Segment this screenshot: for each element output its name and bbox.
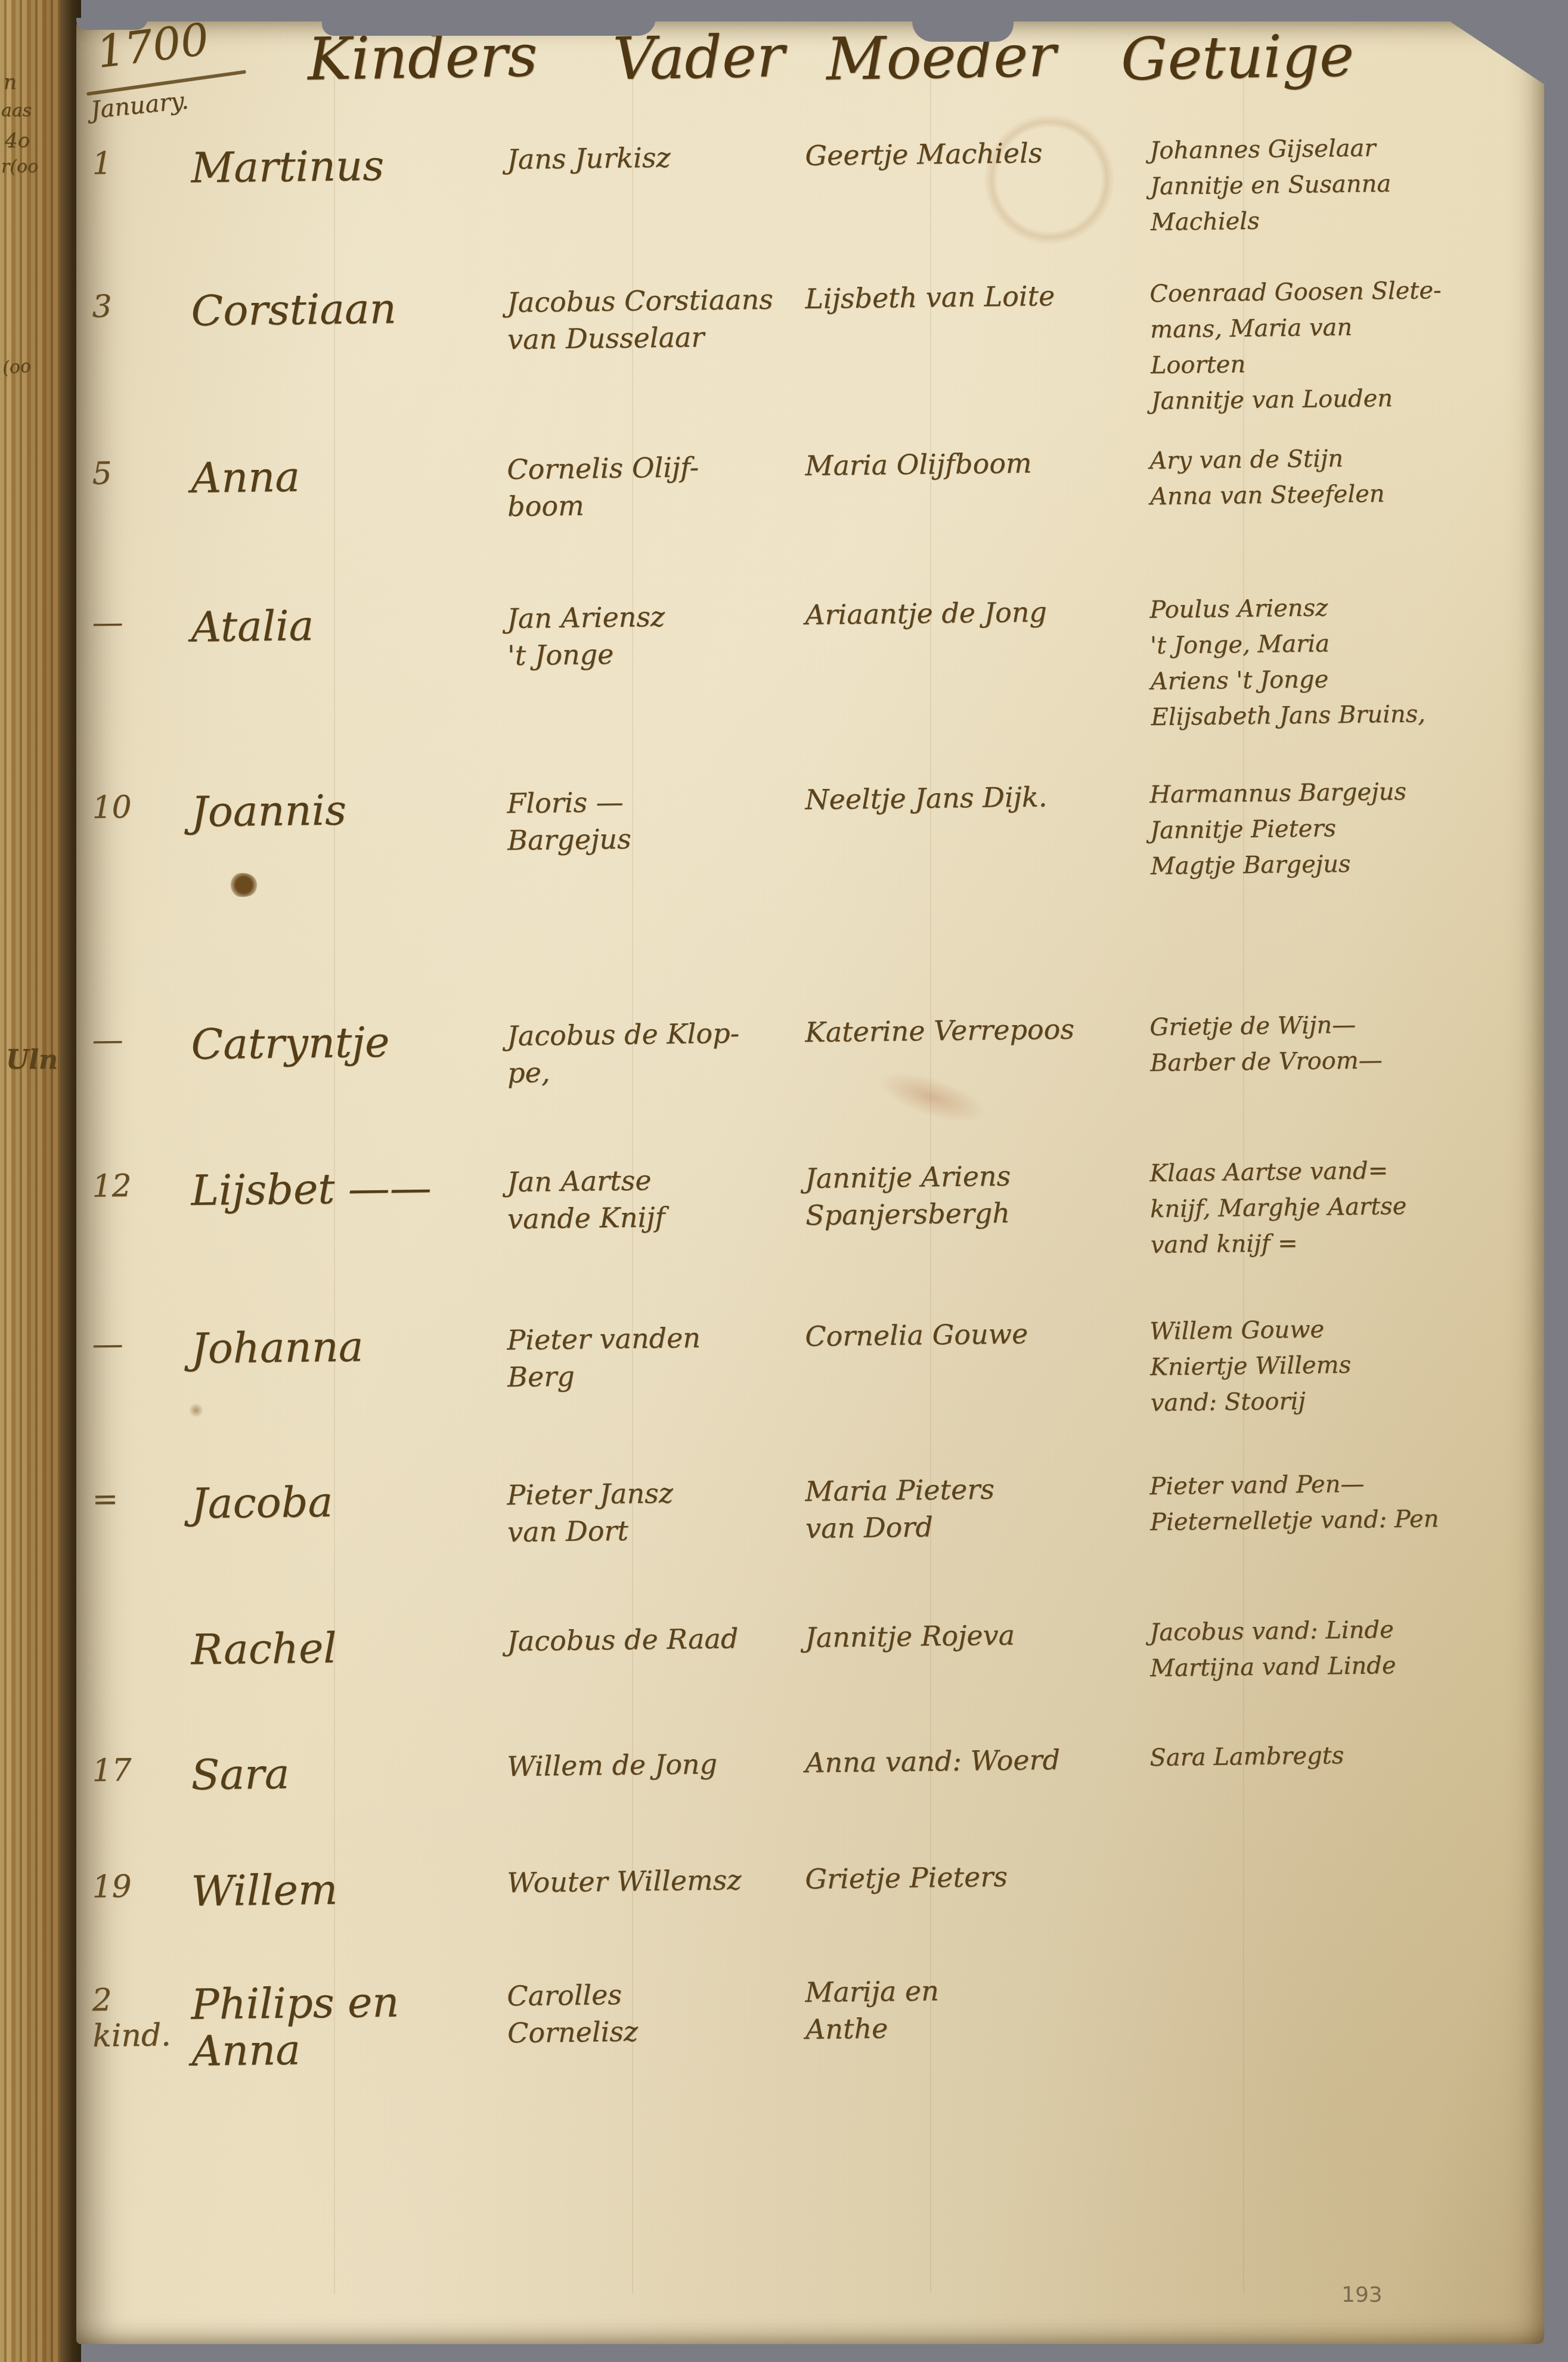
text-line: Magtje Bargejus bbox=[1150, 844, 1538, 884]
entry-day: = bbox=[92, 1481, 182, 1518]
text-line: Geertje Machiels bbox=[805, 133, 1145, 174]
text-line: Coenraad Goosen Slete- bbox=[1149, 271, 1538, 312]
text-line: Elijsabeth Jans Bruins, bbox=[1151, 695, 1539, 735]
margin-text-fragment: n bbox=[4, 70, 17, 94]
entry-day: 3 bbox=[92, 288, 182, 325]
text-line: Jannitje Rojeva bbox=[805, 1615, 1145, 1656]
text-line: Anna van Steefelen bbox=[1150, 474, 1538, 515]
text-line: Jannitje en Susanna bbox=[1150, 164, 1538, 205]
text-line: Lijsbet —— bbox=[191, 1163, 501, 1214]
text-line: van Dusselaar bbox=[507, 317, 800, 358]
entry-mother-name: Anna vand: Woerd bbox=[805, 1740, 1145, 1781]
text-line: Jacobus vand: Linde bbox=[1149, 1610, 1538, 1651]
text-line: knijf, Marghje Aartse bbox=[1150, 1187, 1538, 1227]
text-line: Jannitje van Louden bbox=[1151, 379, 1539, 419]
text-line: Corstiaan bbox=[191, 284, 501, 335]
text-line: Jacobus de Klop- bbox=[507, 1014, 800, 1054]
entry-mother-name: Jannitje AriensSpanjersbergh bbox=[805, 1156, 1145, 1234]
page-number: 193 bbox=[1341, 2283, 1383, 2307]
text-line: Kniertje Willems bbox=[1150, 1345, 1538, 1385]
entry-child-name: Anna bbox=[191, 451, 501, 502]
entry-witnesses bbox=[1149, 1965, 1537, 1970]
entry-child-name: Johanna bbox=[191, 1321, 501, 1372]
text-line: Pieter Jansz bbox=[507, 1473, 800, 1513]
text-line: Harmannus Bargejus bbox=[1149, 772, 1538, 813]
text-line: Cornelis Olijf- bbox=[507, 447, 800, 488]
text-line: vand: Stoorij bbox=[1150, 1380, 1538, 1421]
entry-witnesses: Poulus Ariensz't Jonge, MariaAriens 't J… bbox=[1149, 587, 1539, 735]
text-line: Lijsbeth van Loite bbox=[805, 276, 1145, 317]
entry-witnesses: Sara Lambregts bbox=[1149, 1735, 1538, 1776]
text-line: Berg bbox=[507, 1355, 800, 1395]
text-line: Pieter vand Pen— bbox=[1149, 1464, 1538, 1505]
text-line: Jannitje Pieters bbox=[1150, 808, 1538, 849]
text-line: vande Knijf bbox=[507, 1197, 800, 1237]
entry-witnesses: Grietje de Wijn—Barber de Vroom— bbox=[1149, 1005, 1538, 1081]
entry-witnesses: Ary van de StijnAnna van Steefelen bbox=[1149, 438, 1538, 515]
text-line: Carolles bbox=[507, 1974, 800, 2014]
register-entry: = Jacoba Pieter Janszvan Dort Maria Piet… bbox=[76, 1464, 1544, 1482]
text-line: van Dort bbox=[507, 1510, 800, 1550]
text-line: Jacobus Corstiaans bbox=[507, 280, 800, 321]
entry-child-name: Rachel bbox=[191, 1623, 501, 1673]
entry-witnesses: Willem GouweKniertje Willemsvand: Stoori… bbox=[1149, 1309, 1538, 1421]
text-line: 't Jonge bbox=[507, 633, 800, 674]
text-line: Maria Pieters bbox=[805, 1469, 1145, 1510]
entry-father-name: CarollesCornelisz bbox=[507, 1974, 800, 2051]
text-line: Ariaantje de Jong bbox=[805, 592, 1145, 633]
register-entry: Rachel Jacobus de Raad Jannitje Rojeva J… bbox=[76, 1610, 1544, 1628]
entry-mother-name: Lijsbeth van Loite bbox=[805, 276, 1145, 317]
entry-day: 17 bbox=[92, 1752, 182, 1789]
entries-layer: 1 Martinus Jans Jurkisz Geertje Machiels… bbox=[76, 21, 1544, 2344]
entry-witnesses: Johannes GijselaarJannitje en SusannaMac… bbox=[1149, 128, 1538, 240]
text-line: Wouter Willemsz bbox=[507, 1860, 800, 1901]
text-line: mans, Maria van bbox=[1150, 307, 1538, 348]
text-line: Jacoba bbox=[191, 1476, 501, 1527]
text-line: Bargejus bbox=[507, 818, 800, 859]
entry-mother-name: Ariaantje de Jong bbox=[805, 592, 1145, 633]
text-line: Ary van de Stijn bbox=[1149, 438, 1538, 479]
text-line: Johannes Gijselaar bbox=[1149, 128, 1538, 169]
entry-father-name: Pieter Janszvan Dort bbox=[507, 1473, 800, 1550]
entry-father-name: Jacobus Corstiaansvan Dusselaar bbox=[507, 280, 800, 358]
text-line: Philips en bbox=[191, 1977, 501, 2028]
register-entry: 10 Joannis Floris —Bargejus Neeltje Jans… bbox=[76, 772, 1544, 790]
entry-mother-name: Maria Pietersvan Dord bbox=[805, 1469, 1145, 1547]
text-line: Maria Olijfboom bbox=[805, 443, 1145, 484]
text-line: Barber de Vroom— bbox=[1150, 1041, 1538, 1081]
text-line: Anna bbox=[191, 2024, 502, 2075]
text-line: Sara bbox=[191, 1748, 501, 1798]
text-line: Cornelia Gouwe bbox=[805, 1314, 1145, 1355]
text-line: Grietje de Wijn— bbox=[1149, 1005, 1538, 1045]
text-line: Pieternelletje vand: Pen bbox=[1150, 1500, 1538, 1540]
text-line: Machiels bbox=[1150, 200, 1538, 240]
text-line: Willem bbox=[191, 1864, 501, 1915]
entry-father-name: Pieter vandenBerg bbox=[507, 1318, 800, 1395]
entry-child-name: Sara bbox=[191, 1748, 501, 1798]
entry-child-name: Jacoba bbox=[191, 1476, 501, 1527]
text-line: Anthe bbox=[805, 2007, 1146, 2048]
register-entry: 12 Lijsbet —— Jan Aartsevande Knijf Jann… bbox=[76, 1151, 1544, 1169]
register-entry: — Atalia Jan Ariensz't Jonge Ariaantje d… bbox=[76, 587, 1544, 605]
entry-father-name: Floris —Bargejus bbox=[507, 781, 800, 859]
text-line: van Dord bbox=[805, 1506, 1146, 1547]
text-line: Marija en bbox=[805, 1970, 1145, 2011]
text-line: Spanjersbergh bbox=[805, 1193, 1146, 1234]
register-entry: 5 Anna Cornelis Olijf-boom Maria Olijfbo… bbox=[76, 438, 1544, 456]
text-line: Loorten bbox=[1150, 343, 1538, 383]
previous-page-edge: n aas 4o r(oo (oo Uln bbox=[0, 0, 60, 2362]
entry-father-name: Jan Ariensz't Jonge bbox=[507, 596, 800, 674]
entry-father-name: Jacobus de Klop-pe, bbox=[507, 1014, 800, 1091]
entry-child-name: Lijsbet —— bbox=[191, 1163, 501, 1214]
text-line: Joannis bbox=[191, 785, 501, 835]
entry-day: — bbox=[92, 1021, 182, 1058]
register-entry: 19 Willem Wouter Willemsz Grietje Pieter… bbox=[76, 1852, 1544, 1869]
text-line: Poulus Ariensz bbox=[1149, 587, 1538, 628]
entry-day: 12 bbox=[92, 1168, 182, 1205]
entry-child-name: Philips enAnna bbox=[191, 1977, 502, 2075]
entry-child-name: Willem bbox=[191, 1864, 501, 1915]
entry-witnesses: Harmannus BargejusJannitje PietersMagtje… bbox=[1149, 772, 1538, 884]
entry-day: 19 bbox=[92, 1868, 182, 1905]
margin-text-fragment: aas bbox=[1, 100, 32, 121]
margin-text-fragment: 4o bbox=[5, 129, 30, 153]
text-line: Floris — bbox=[507, 781, 800, 822]
text-line: boom bbox=[507, 484, 800, 525]
text-line: Katerine Verrepoos bbox=[805, 1010, 1145, 1051]
entry-father-name: Jacobus de Raad bbox=[507, 1619, 800, 1660]
register-entry: 2 kind. Philips enAnna CarollesCornelisz… bbox=[76, 1965, 1544, 1983]
text-line: Pieter vanden bbox=[507, 1318, 800, 1358]
entry-child-name: Corstiaan bbox=[191, 284, 501, 335]
entry-witnesses: Klaas Aartse vand=knijf, Marghje Aartsev… bbox=[1149, 1151, 1538, 1263]
register-entry: 17 Sara Willem de Jong Anna vand: Woerd … bbox=[76, 1735, 1544, 1753]
entry-child-name: Martinus bbox=[191, 141, 501, 191]
torn-edge bbox=[912, 18, 1014, 42]
text-line: Neeltje Jans Dijk. bbox=[805, 777, 1145, 818]
entry-mother-name: Katerine Verrepoos bbox=[805, 1010, 1145, 1051]
entry-mother-name: Geertje Machiels bbox=[805, 133, 1145, 174]
text-line: Jans Jurkisz bbox=[507, 137, 800, 178]
entry-witnesses: Coenraad Goosen Slete-mans, Maria vanLoo… bbox=[1149, 271, 1539, 419]
register-entry: 3 Corstiaan Jacobus Corstiaansvan Dussel… bbox=[76, 271, 1544, 289]
text-line: Martijna vand Linde bbox=[1150, 1646, 1538, 1686]
entry-witnesses: Jacobus vand: LindeMartijna vand Linde bbox=[1149, 1610, 1538, 1686]
register-entry: 1 Martinus Jans Jurkisz Geertje Machiels… bbox=[76, 128, 1544, 146]
text-line: Willem Gouwe bbox=[1149, 1309, 1538, 1349]
parchment-page: 1700 January. Kinders Vader Moeder Getui… bbox=[76, 21, 1544, 2344]
text-line: Willem de Jong bbox=[507, 1744, 800, 1785]
entry-mother-name: Maria Olijfboom bbox=[805, 443, 1145, 484]
text-line: Grietje Pieters bbox=[805, 1856, 1145, 1897]
register-entry: — Catryntje Jacobus de Klop-pe, Katerine… bbox=[76, 1005, 1544, 1023]
torn-edge bbox=[76, 18, 148, 30]
entry-day bbox=[92, 1627, 181, 1628]
entry-mother-name: Marija enAnthe bbox=[805, 1970, 1145, 2048]
entry-day: 1 bbox=[92, 145, 182, 182]
text-line: Anna vand: Woerd bbox=[805, 1740, 1145, 1781]
entry-father-name: Wouter Willemsz bbox=[507, 1860, 800, 1901]
text-line: Jannitje Ariens bbox=[805, 1156, 1145, 1197]
text-line: Jan Ariensz bbox=[507, 596, 800, 637]
text-line: Catryntje bbox=[191, 1017, 501, 1068]
entry-child-name: Catryntje bbox=[191, 1017, 501, 1068]
text-line: Rachel bbox=[191, 1623, 501, 1673]
text-line: Johanna bbox=[191, 1321, 501, 1372]
margin-text-fragment: (oo bbox=[2, 355, 32, 378]
text-line: Atalia bbox=[191, 600, 501, 651]
margin-text-fragment: Uln bbox=[6, 1045, 58, 1075]
entry-child-name: Joannis bbox=[191, 785, 501, 835]
entry-father-name: Willem de Jong bbox=[507, 1744, 800, 1785]
scanned-register-page: n aas 4o r(oo (oo Uln 1700 January. Kind… bbox=[0, 0, 1568, 2362]
entry-father-name: Jan Aartsevande Knijf bbox=[507, 1160, 800, 1237]
entry-father-name: Jans Jurkisz bbox=[507, 137, 800, 178]
entry-witnesses: Pieter vand Pen—Pieternelletje vand: Pen bbox=[1149, 1464, 1538, 1540]
entry-day: 10 bbox=[92, 789, 182, 826]
text-line: Jan Aartse bbox=[507, 1160, 800, 1200]
entry-day: 2 kind. bbox=[92, 1982, 182, 2054]
text-line: Martinus bbox=[191, 141, 501, 191]
margin-text-fragment: r(oo bbox=[1, 156, 38, 177]
entry-day: — bbox=[92, 604, 182, 641]
entry-witnesses bbox=[1149, 1852, 1537, 1856]
entry-father-name: Cornelis Olijf-boom bbox=[507, 447, 800, 525]
entry-mother-name: Cornelia Gouwe bbox=[805, 1314, 1145, 1355]
text-line: vand knijf = bbox=[1150, 1222, 1538, 1263]
text-line: Klaas Aartse vand= bbox=[1149, 1151, 1538, 1191]
text-line: 't Jonge, Maria bbox=[1150, 623, 1538, 664]
torn-edge bbox=[322, 18, 656, 36]
text-line: Cornelisz bbox=[507, 2011, 800, 2051]
entry-mother-name: Neeltje Jans Dijk. bbox=[805, 777, 1145, 818]
text-line: Ariens 't Jonge bbox=[1150, 659, 1538, 699]
text-line: Jacobus de Raad bbox=[507, 1619, 800, 1660]
text-line: Sara Lambregts bbox=[1149, 1735, 1538, 1776]
entry-day: 5 bbox=[92, 455, 182, 492]
register-entry: — Johanna Pieter vandenBerg Cornelia Gou… bbox=[76, 1309, 1544, 1327]
text-line: pe, bbox=[507, 1051, 800, 1091]
entry-mother-name: Grietje Pieters bbox=[805, 1856, 1145, 1897]
entry-child-name: Atalia bbox=[191, 600, 501, 651]
entry-day: — bbox=[92, 1326, 182, 1363]
text-line: Anna bbox=[191, 451, 501, 502]
entry-mother-name: Jannitje Rojeva bbox=[805, 1615, 1145, 1656]
